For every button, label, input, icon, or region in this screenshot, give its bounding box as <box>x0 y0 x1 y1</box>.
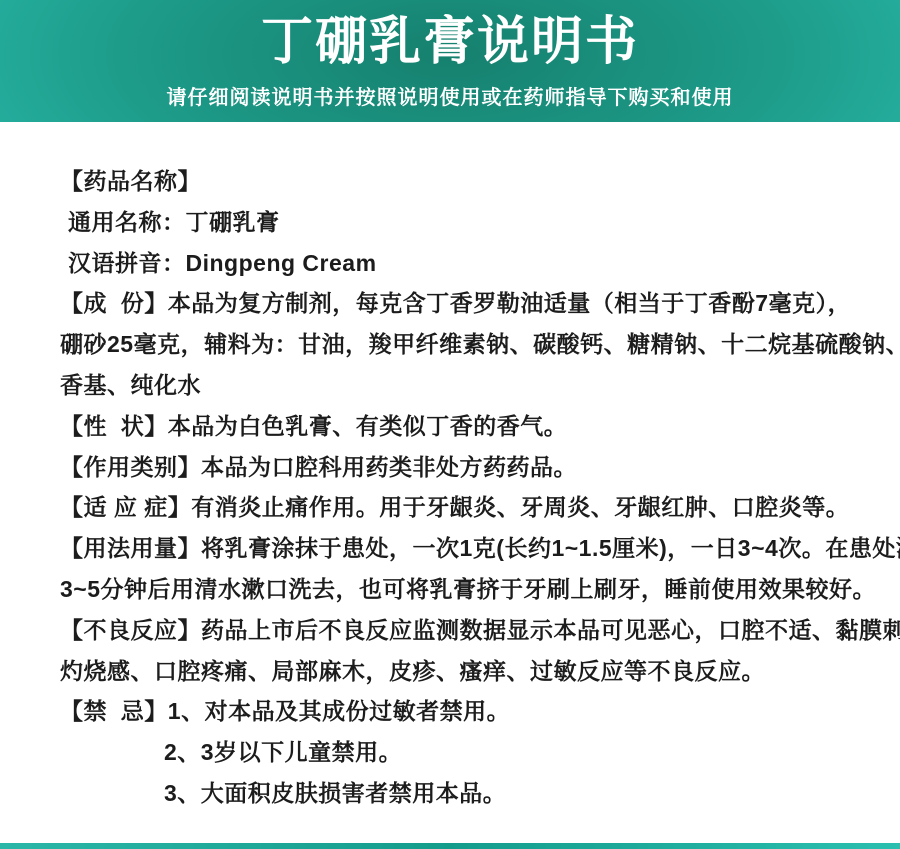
line-dosage-1: 【用法用量】将乳膏涂抹于患处，一次1克(长约1~1.5厘米)，一日3~4次。在患… <box>60 528 860 569</box>
line-pinyin-name: 汉语拼音：Dingpeng Cream <box>60 243 860 284</box>
header-subtitle: 请仔细阅读说明书并按照说明使用或在药师指导下购买和使用 <box>167 81 734 110</box>
line-contraindications-3: 3、大面积皮肤损害者禁用本品。 <box>60 773 860 814</box>
line-generic-name: 通用名称：丁硼乳膏 <box>60 202 860 243</box>
line-adverse-reactions-2: 灼烧感、口腔疼痛、局部麻木，皮疹、瘙痒、过敏反应等不良反应。 <box>60 651 860 692</box>
line-contraindications-1: 【禁 忌】1、对本品及其成份过敏者禁用。 <box>60 691 860 732</box>
leaflet-body: 【药品名称】 通用名称：丁硼乳膏 汉语拼音：Dingpeng Cream 【成 … <box>0 122 900 814</box>
line-contraindications-2: 2、3岁以下儿童禁用。 <box>60 732 860 773</box>
line-ingredients-3: 香基、纯化水 <box>60 365 860 406</box>
page-title: 丁硼乳膏说明书 <box>261 13 639 71</box>
line-adverse-reactions-1: 【不良反应】药品上市后不良反应监测数据显示本品可见恶心，口腔不适、黏膜刺激和 <box>60 610 860 651</box>
line-dosage-2: 3~5分钟后用清水漱口洗去，也可将乳膏挤于牙刷上刷牙，睡前使用效果较好。 <box>60 569 860 610</box>
line-properties: 【性 状】本品为白色乳膏、有类似丁香的香气。 <box>60 406 860 447</box>
line-action-category: 【作用类别】本品为口腔科用药类非处方药药品。 <box>60 447 860 488</box>
line-drug-name-heading: 【药品名称】 <box>60 161 860 202</box>
line-ingredients-2: 硼砂25毫克，辅料为：甘油，羧甲纤维素钠、碳酸钙、糖精钠、十二烷基硫酸钠、 <box>60 324 860 365</box>
line-ingredients-1: 【成 份】本品为复方制剂，每克含丁香罗勒油适量（相当于丁香酚7毫克）， <box>60 283 860 324</box>
leaflet-header: 丁硼乳膏说明书 请仔细阅读说明书并按照说明使用或在药师指导下购买和使用 <box>0 0 900 122</box>
footer-accent-bar <box>0 843 900 849</box>
line-indications: 【适 应 症】有消炎止痛作用。用于牙龈炎、牙周炎、牙龈红肿、口腔炎等。 <box>60 487 860 528</box>
